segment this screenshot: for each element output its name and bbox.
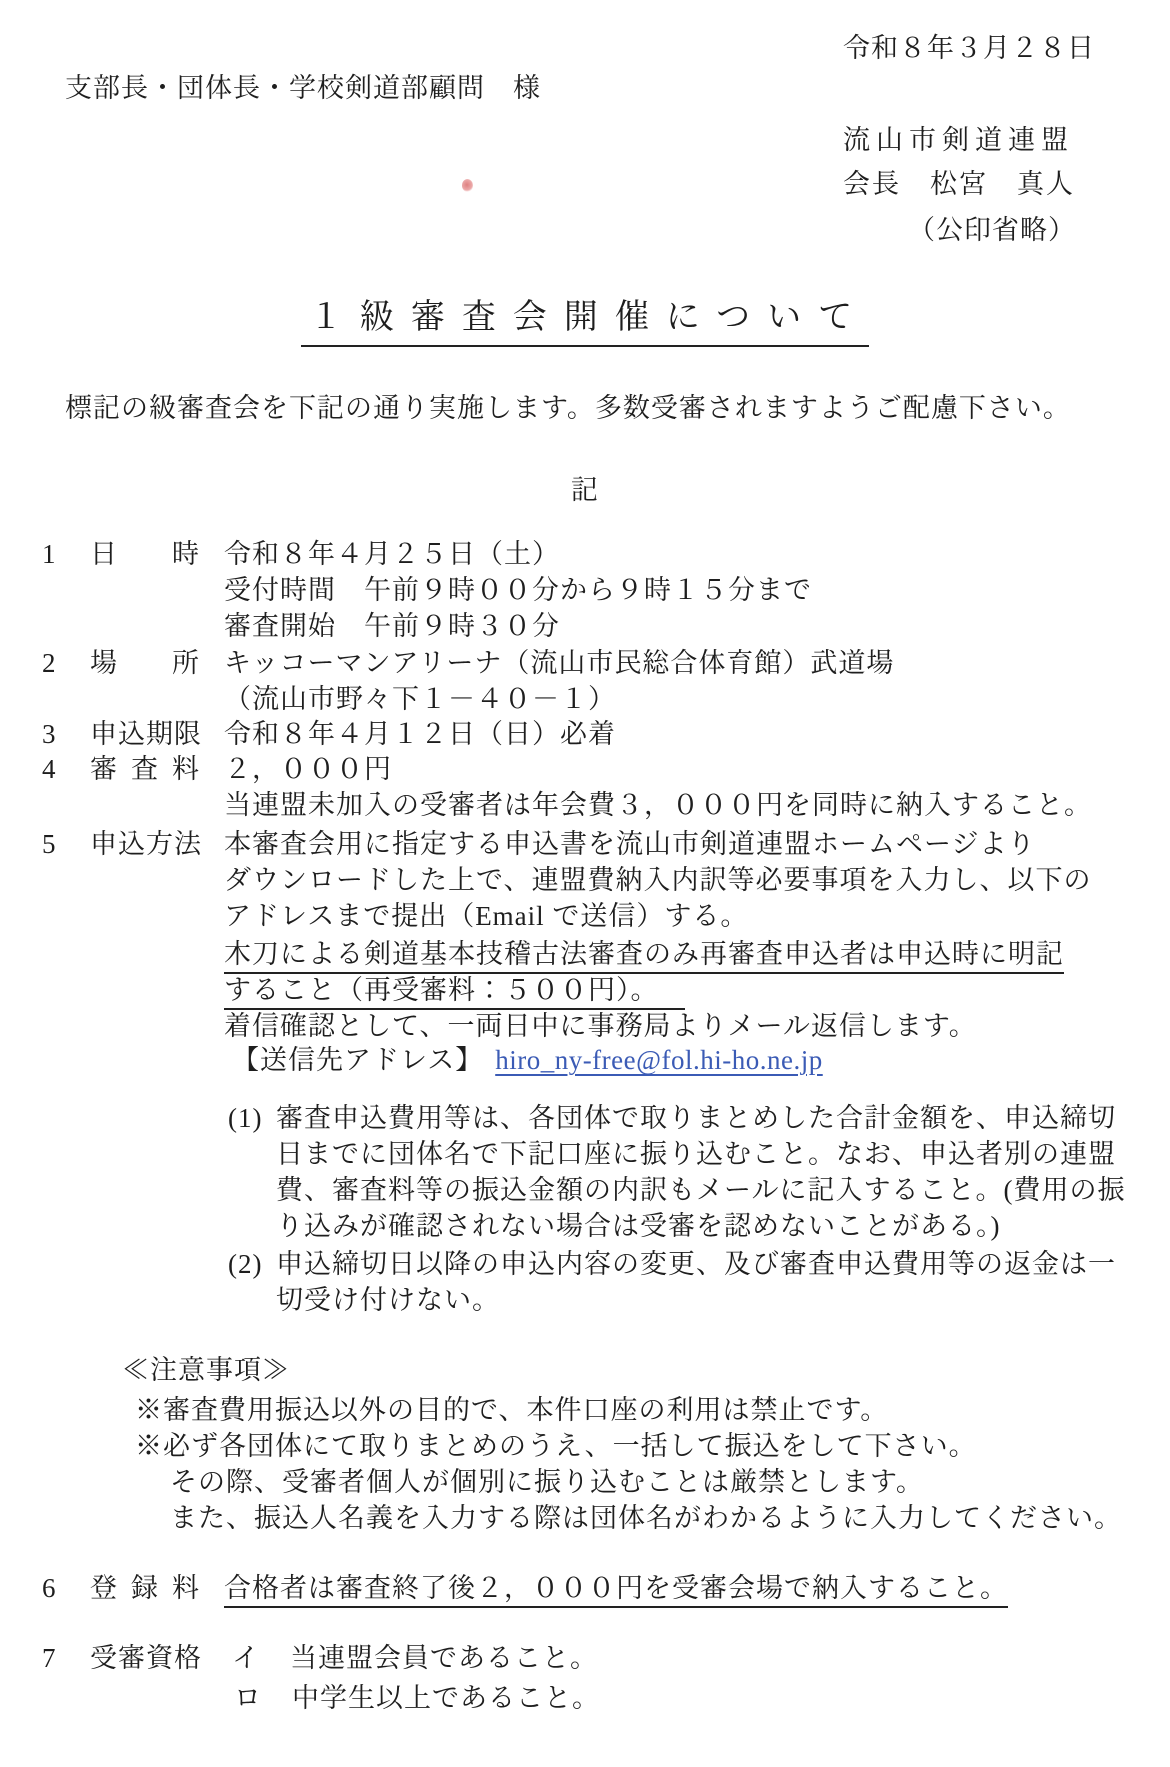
- item-5-line-3: アドレスまで提出（Email で送信）する。: [224, 898, 748, 934]
- item-1-exam-start: 審査開始 午前９時３０分: [224, 608, 560, 644]
- item-6-row: 6登録料合格者は審査終了後２，０００円を受審会場で納入すること。: [42, 1570, 1008, 1606]
- paragraph-1-number: (1): [228, 1100, 276, 1136]
- paragraph-1-line-1: (1)審査申込費用等は、各団体で取りまとめした合計金額を、申込締切: [228, 1100, 1116, 1136]
- paragraph-2-line-1: (2)申込締切日以降の申込内容の変更、及び審査申込費用等の返金は一: [228, 1246, 1116, 1282]
- intro-paragraph: 標記の級審査会を下記の通り実施します。多数受審されますようご配慮下さい。: [65, 390, 1071, 426]
- item-1-number: 1: [42, 536, 90, 572]
- email-label: 【送信先アドレス】: [232, 1045, 483, 1075]
- item-7-b-line: ロ中学生以上であること。: [234, 1680, 600, 1716]
- item-3-content: 令和８年４月１２日（日）必着: [224, 719, 616, 749]
- recipient-line: 支部長・団体長・学校剣道部顧問 様: [65, 70, 541, 106]
- document-page: 令和８年３月２８日 支部長・団体長・学校剣道部顧問 様 流山市剣道連盟 会長 松…: [0, 0, 1170, 1767]
- item-5-content: 本審査会用に指定する申込書を流山市剣道連盟ホームページより: [224, 829, 1035, 859]
- item-3-row: 3申込期限令和８年４月１２日（日）必着: [42, 716, 616, 752]
- note-4: また、振込人名義を入力する際は団体名がわかるように入力してください。: [170, 1500, 1122, 1536]
- item-1-reception-time: 受付時間 午前９時００分から９時１５分まで: [224, 572, 812, 608]
- item-5-bokuto-note-line-1: 木刀による剣道基本技稽古法審査のみ再審査申込者は申込時に明記: [224, 936, 1064, 972]
- item-6-number: 6: [42, 1570, 90, 1606]
- seal-omitted-note: （公印省略）: [908, 212, 1076, 248]
- item-7-b-content: 中学生以上であること。: [292, 1683, 600, 1713]
- item-1-label: 日時: [90, 536, 200, 572]
- item-4-content: ２，０００円: [224, 754, 392, 784]
- item-7-b-marker: ロ: [234, 1680, 292, 1716]
- item-4-annual-fee-note: 当連盟未加入の受審者は年会費３，０００円を同時に納入すること。: [224, 787, 1092, 823]
- item-7-row: 7受審資格イ当連盟会員であること。: [42, 1640, 598, 1676]
- president-name: 会長 松宮 真人: [843, 166, 1075, 202]
- email-link[interactable]: hiro_ny-free@fol.hi-ho.ne.jp: [495, 1045, 823, 1075]
- paragraph-1-line-4: り込みが確認されない場合は受審を認めないことがある。): [276, 1208, 1001, 1244]
- item-2-row: 2場所キッコーマンアリーナ（流山市民総合体育館）武道場: [42, 645, 894, 681]
- item-5-email-line: 【送信先アドレス】hiro_ny-free@fol.hi-ho.ne.jp: [224, 1042, 823, 1078]
- item-2-content: キッコーマンアリーナ（流山市民総合体育館）武道場: [224, 648, 894, 678]
- item-2-number: 2: [42, 645, 90, 681]
- item-5-label: 申込方法: [90, 826, 200, 862]
- item-1-row: 1日時令和８年４月２５日（土）: [42, 536, 560, 572]
- item-5-bokuto-note-line-2: すること（再受審料：５００円）。: [224, 972, 685, 1008]
- item-7-a-content: 当連盟会員であること。: [290, 1643, 598, 1673]
- item-7-a-marker: イ: [232, 1640, 290, 1676]
- item-4-row: 4審査料２，０００円: [42, 751, 392, 787]
- item-7-number: 7: [42, 1640, 90, 1676]
- item-4-label: 審査料: [90, 751, 200, 787]
- red-speck-artifact: [462, 179, 473, 192]
- note-2: ※必ず各団体にて取りまとめのうえ、一括して振込をして下さい。: [135, 1428, 977, 1464]
- note-1: ※審査費用振込以外の目的で、本件口座の利用は禁止です。: [135, 1392, 888, 1428]
- document-date: 令和８年３月２８日: [843, 30, 1095, 66]
- item-7-label: 受審資格: [90, 1640, 200, 1676]
- paragraph-2-number: (2): [228, 1246, 276, 1282]
- paragraph-2-line-2: 切受け付けない。: [276, 1282, 500, 1318]
- item-5-row: 5申込方法本審査会用に指定する申込書を流山市剣道連盟ホームページより: [42, 826, 1035, 862]
- document-title: １級審査会開催について: [0, 296, 1170, 347]
- item-3-label: 申込期限: [90, 716, 200, 752]
- paragraph-1-line-3: 費、審査料等の振込金額の内訳もメールに記入すること。(費用の振: [276, 1172, 1125, 1208]
- document-title-text: １級審査会開催について: [301, 296, 869, 347]
- item-4-number: 4: [42, 751, 90, 787]
- paragraph-1-line-2: 日までに団体名で下記口座に振り込むこと。なお、申込者別の連盟: [276, 1136, 1116, 1172]
- item-5-number: 5: [42, 826, 90, 862]
- item-2-address: （流山市野々下１－４０－１）: [224, 681, 616, 717]
- item-6-label: 登録料: [90, 1570, 200, 1606]
- notes-heading: ≪注意事項≫: [122, 1352, 290, 1388]
- item-3-number: 3: [42, 716, 90, 752]
- item-2-label: 場所: [90, 645, 200, 681]
- note-3: その際、受審者個人が個別に振り込むことは厳禁とします。: [170, 1464, 924, 1500]
- item-5-line-2: ダウンロードした上で、連盟費納入内訳等必要事項を入力し、以下の: [224, 862, 1091, 898]
- ki-marker: 記: [0, 472, 1170, 508]
- item-1-content: 令和８年４月２５日（土）: [224, 539, 560, 569]
- item-6-content: 合格者は審査終了後２，０００円を受審会場で納入すること。: [224, 1573, 1008, 1608]
- item-5-reply-note: 着信確認として、一両日中に事務局よりメール返信します。: [224, 1008, 977, 1044]
- organization-name: 流山市剣道連盟: [843, 122, 1074, 158]
